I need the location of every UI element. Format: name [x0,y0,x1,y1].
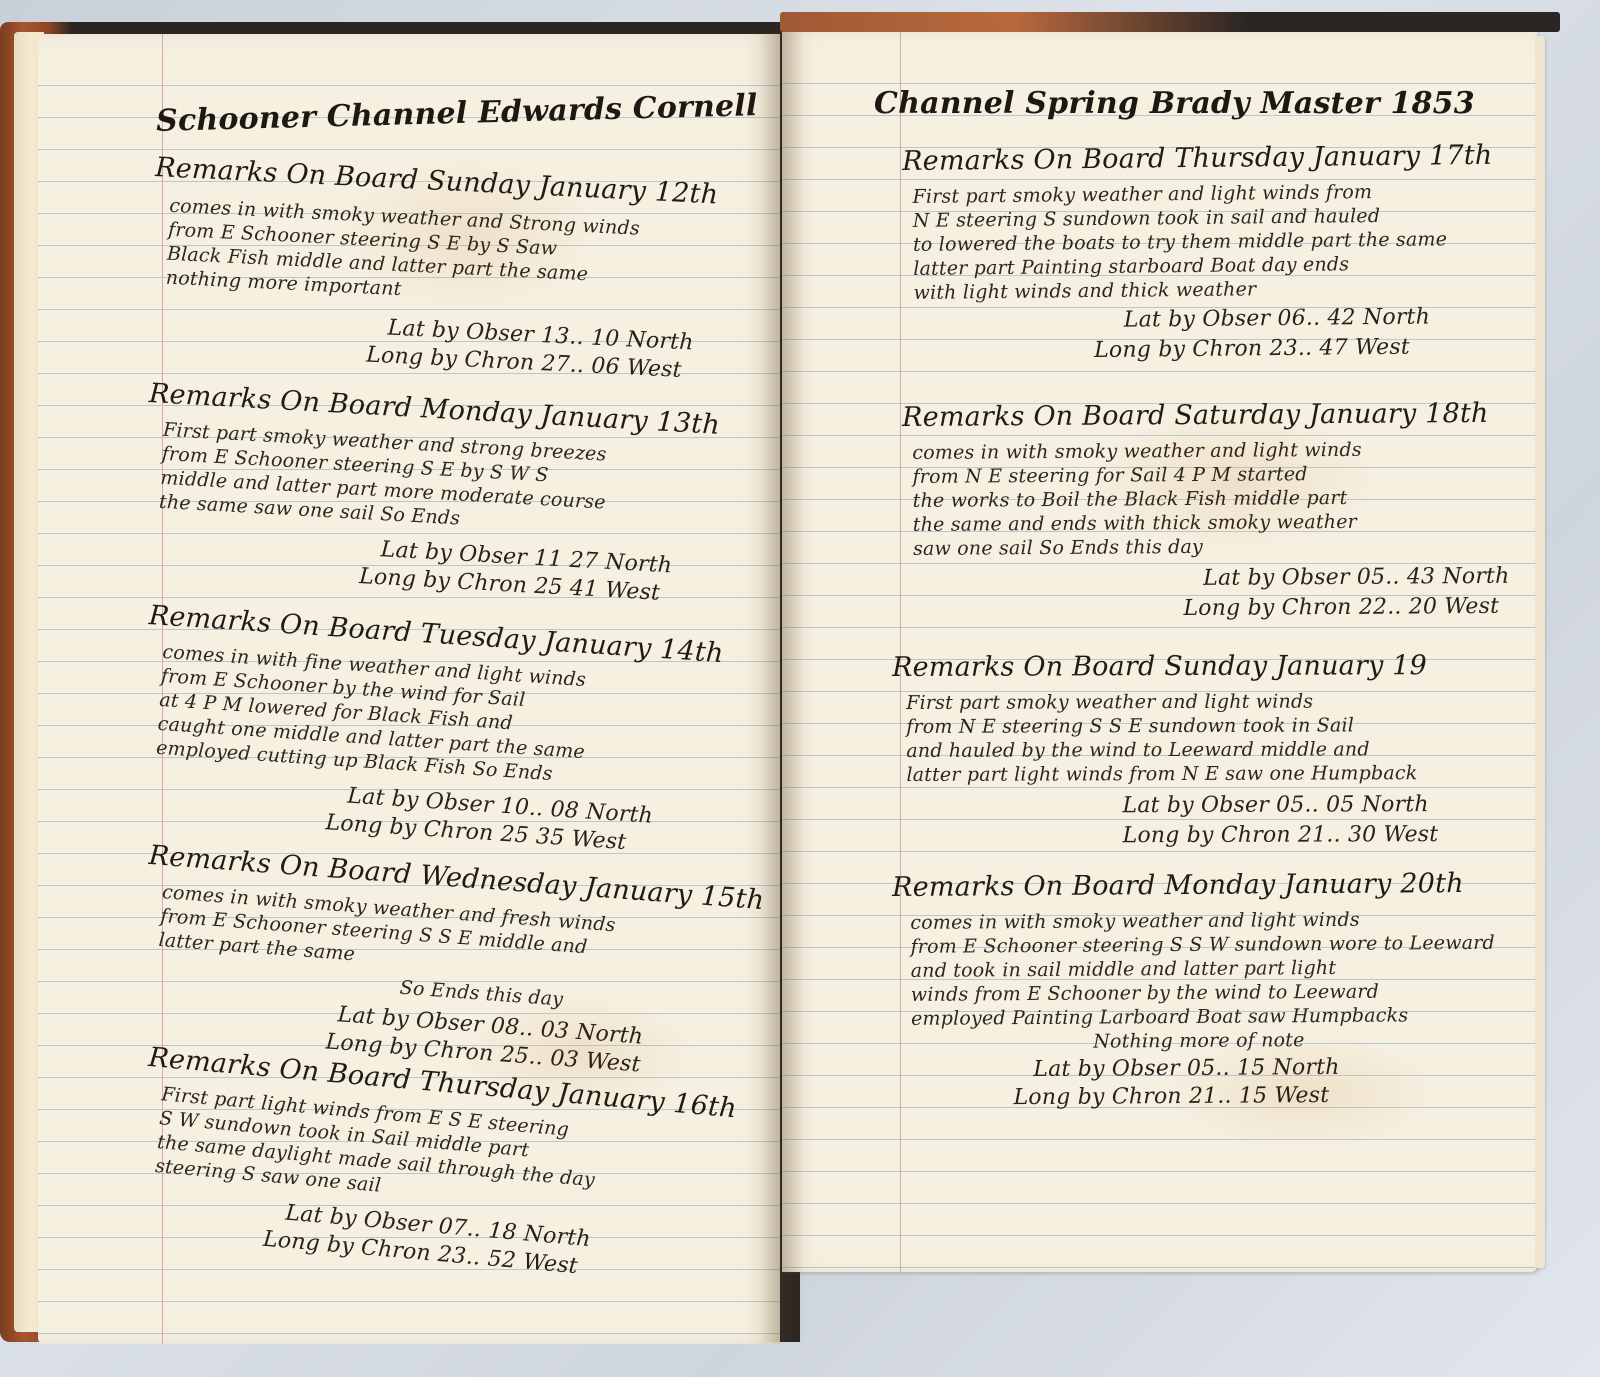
entry-line: First part smoky weather and light winds [906,691,1313,714]
entry-line: the works to Boil the Black Fish middle … [913,487,1348,512]
entry-line: the same and ends with thick smoky weath… [913,511,1357,536]
entry-line: and took in sail middle and latter part … [911,957,1337,982]
longitude: Long by Chron 21.. 15 West [1013,1083,1329,1110]
entry-heading: Remarks On Board Sunday January 19 [892,650,1427,683]
entry-line: comes in with smoky weather and light wi… [910,909,1360,934]
entry-line: employed Painting Larboard Boat saw Hump… [911,1004,1408,1029]
entry-line: from E Schooner steering S S W sundown w… [910,932,1494,958]
book-cover-top-edge [780,12,1560,32]
entry-line: with light winds and thick weather [913,278,1256,304]
entry-heading: Remarks On Board Monday January 20th [892,868,1464,903]
entry-heading: Remarks On Board Saturday January 18th [902,398,1489,433]
entry-line: winds from E Schooner by the wind to Lee… [911,981,1379,1006]
entry-line: latter part Painting starboard Boat day … [913,253,1349,280]
entry-line: from N E steering S S E sundown took in … [906,714,1354,738]
longitude: Long by Chron 23.. 47 West [1094,335,1410,363]
entry-line: saw one sail So Ends this day [913,536,1203,560]
entry-line: comes in with smoky weather and light wi… [912,439,1362,464]
right-page: Channel Spring Brady Master 1853 Remarks… [782,32,1537,1272]
latitude: Lat by Obser 05.. 15 North [1033,1055,1339,1082]
page-header: Schooner Channel Edwards Cornell [156,88,758,139]
longitude: Long by Chron 21.. 30 West [1123,822,1439,848]
entry-line: from N E steering for Sail 4 P M started [912,463,1307,488]
entry-line: N E steering S sundown took in sail and … [913,205,1381,232]
longitude: Long by Chron 22.. 20 West [1183,594,1499,621]
entry-line: latter part light winds from N E saw one… [906,762,1417,786]
entry-line: First part smoky weather and light winds… [912,181,1372,208]
entry-line: and hauled by the wind to Leeward middle… [906,738,1369,762]
entry-line: Nothing more of note [1093,1029,1304,1052]
left-page: Schooner Channel Edwards Cornell Remarks… [38,34,780,1344]
latitude: Lat by Obser 06.. 42 North [1124,304,1430,332]
page-stack-edge-right [1535,36,1545,1268]
page-header: Channel Spring Brady Master 1853 [874,86,1475,121]
entry-heading: Remarks On Board Thursday January 17th [902,140,1493,177]
entry-line: So Ends this day [399,977,564,1011]
latitude: Lat by Obser 05.. 43 North [1203,564,1509,591]
latitude: Lat by Obser 05.. 05 North [1122,792,1428,818]
entry-line: to lowered the boats to try them middle … [913,228,1447,256]
logbook: Schooner Channel Edwards Cornell Remarks… [0,22,1568,1352]
